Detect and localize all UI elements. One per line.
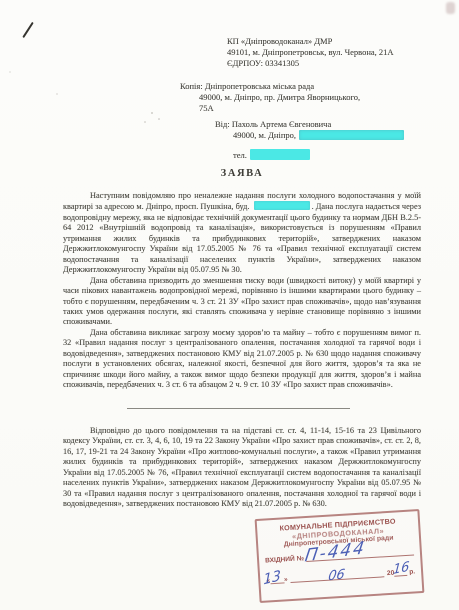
scan-noise-speck [56, 93, 58, 95]
from-block: Від: Пахоль Артема Євгеновича 49000, м. … [215, 119, 404, 160]
scanned-document-page: КП «Дніпроводоканал» ДМР 49101, м. Дніпр… [0, 0, 459, 610]
incoming-registration-stamp: КОМУНАЛЬНЕ ПІДПРИЄМСТВО «ДНІПРОВОДОКАНАЛ… [255, 509, 425, 603]
copy-recipient-name: Дніпропетровська міська рада [205, 81, 314, 91]
from-label: Від: [215, 119, 230, 129]
paragraph-1: Наступним повідомляю про неналежне надан… [63, 191, 421, 276]
recipient-address: 49101, м. Дніпропетровськ, вул. Червона,… [227, 47, 394, 58]
redaction-bar-phone [250, 149, 310, 160]
stamp-incoming-label: ВХІДНИЙ № [265, 555, 304, 564]
scan-corner-smudge [446, 2, 455, 14]
recipient-edrpou: ЄДРПОУ: 03341305 [227, 58, 394, 69]
paragraph-3: Дана обставина викликає загрозу моєму зд… [63, 328, 421, 391]
copy-address-line1: 49000, м. Дніпро, пр. Дмитра Яворницьког… [180, 92, 360, 103]
body-section-1: Наступним повідомляю про неналежне надан… [63, 191, 421, 391]
body-section-2: Відповідно до цього повідомлення та на п… [63, 426, 421, 510]
copy-line: Копія: Дніпропетровська міська рада [180, 81, 360, 92]
scan-noise-speck [158, 118, 160, 120]
from-phone-line: тел. [215, 149, 404, 161]
from-line: Від: Пахоль Артема Євгеновича [215, 119, 404, 130]
from-address-line: 49000, м. Дніпро, [215, 130, 404, 141]
recipient-name: КП «Дніпроводоканал» ДМР [227, 36, 394, 47]
redaction-bar-address [299, 130, 404, 140]
scan-noise-speck [9, 71, 11, 73]
separator-line [127, 408, 350, 409]
from-address-prefix: 49000, м. Дніпро, [233, 130, 298, 140]
from-name: Пахоль Артема Євгеновича [232, 119, 331, 129]
document-title: ЗАЯВА [63, 168, 421, 179]
stamp-quote-close: » [284, 576, 288, 583]
copy-address-line2: 75А [180, 103, 360, 114]
stamp-year-suffix: р. [409, 568, 415, 575]
handwritten-day: 13 [263, 568, 280, 589]
p1-text-after-redaction: . Дана послуга надається через водопрові… [63, 202, 421, 274]
phone-label: тел. [233, 150, 247, 160]
recipient-block: КП «Дніпроводоканал» ДМР 49101, м. Дніпр… [227, 36, 394, 68]
redaction-bar-house-number [254, 201, 310, 210]
paragraph-4: Відповідно до цього повідомлення та на п… [63, 426, 421, 510]
paragraph-2: Дана обставина призводить до зменшення т… [63, 276, 421, 328]
copy-label: Копія: [180, 81, 203, 91]
scan-noise-speck [151, 112, 153, 114]
handwritten-month: 06 [327, 567, 346, 585]
scan-noise-speck [144, 121, 146, 123]
handwritten-slash-mark [22, 22, 34, 38]
copy-block: Копія: Дніпропетровська міська рада 4900… [180, 81, 360, 113]
